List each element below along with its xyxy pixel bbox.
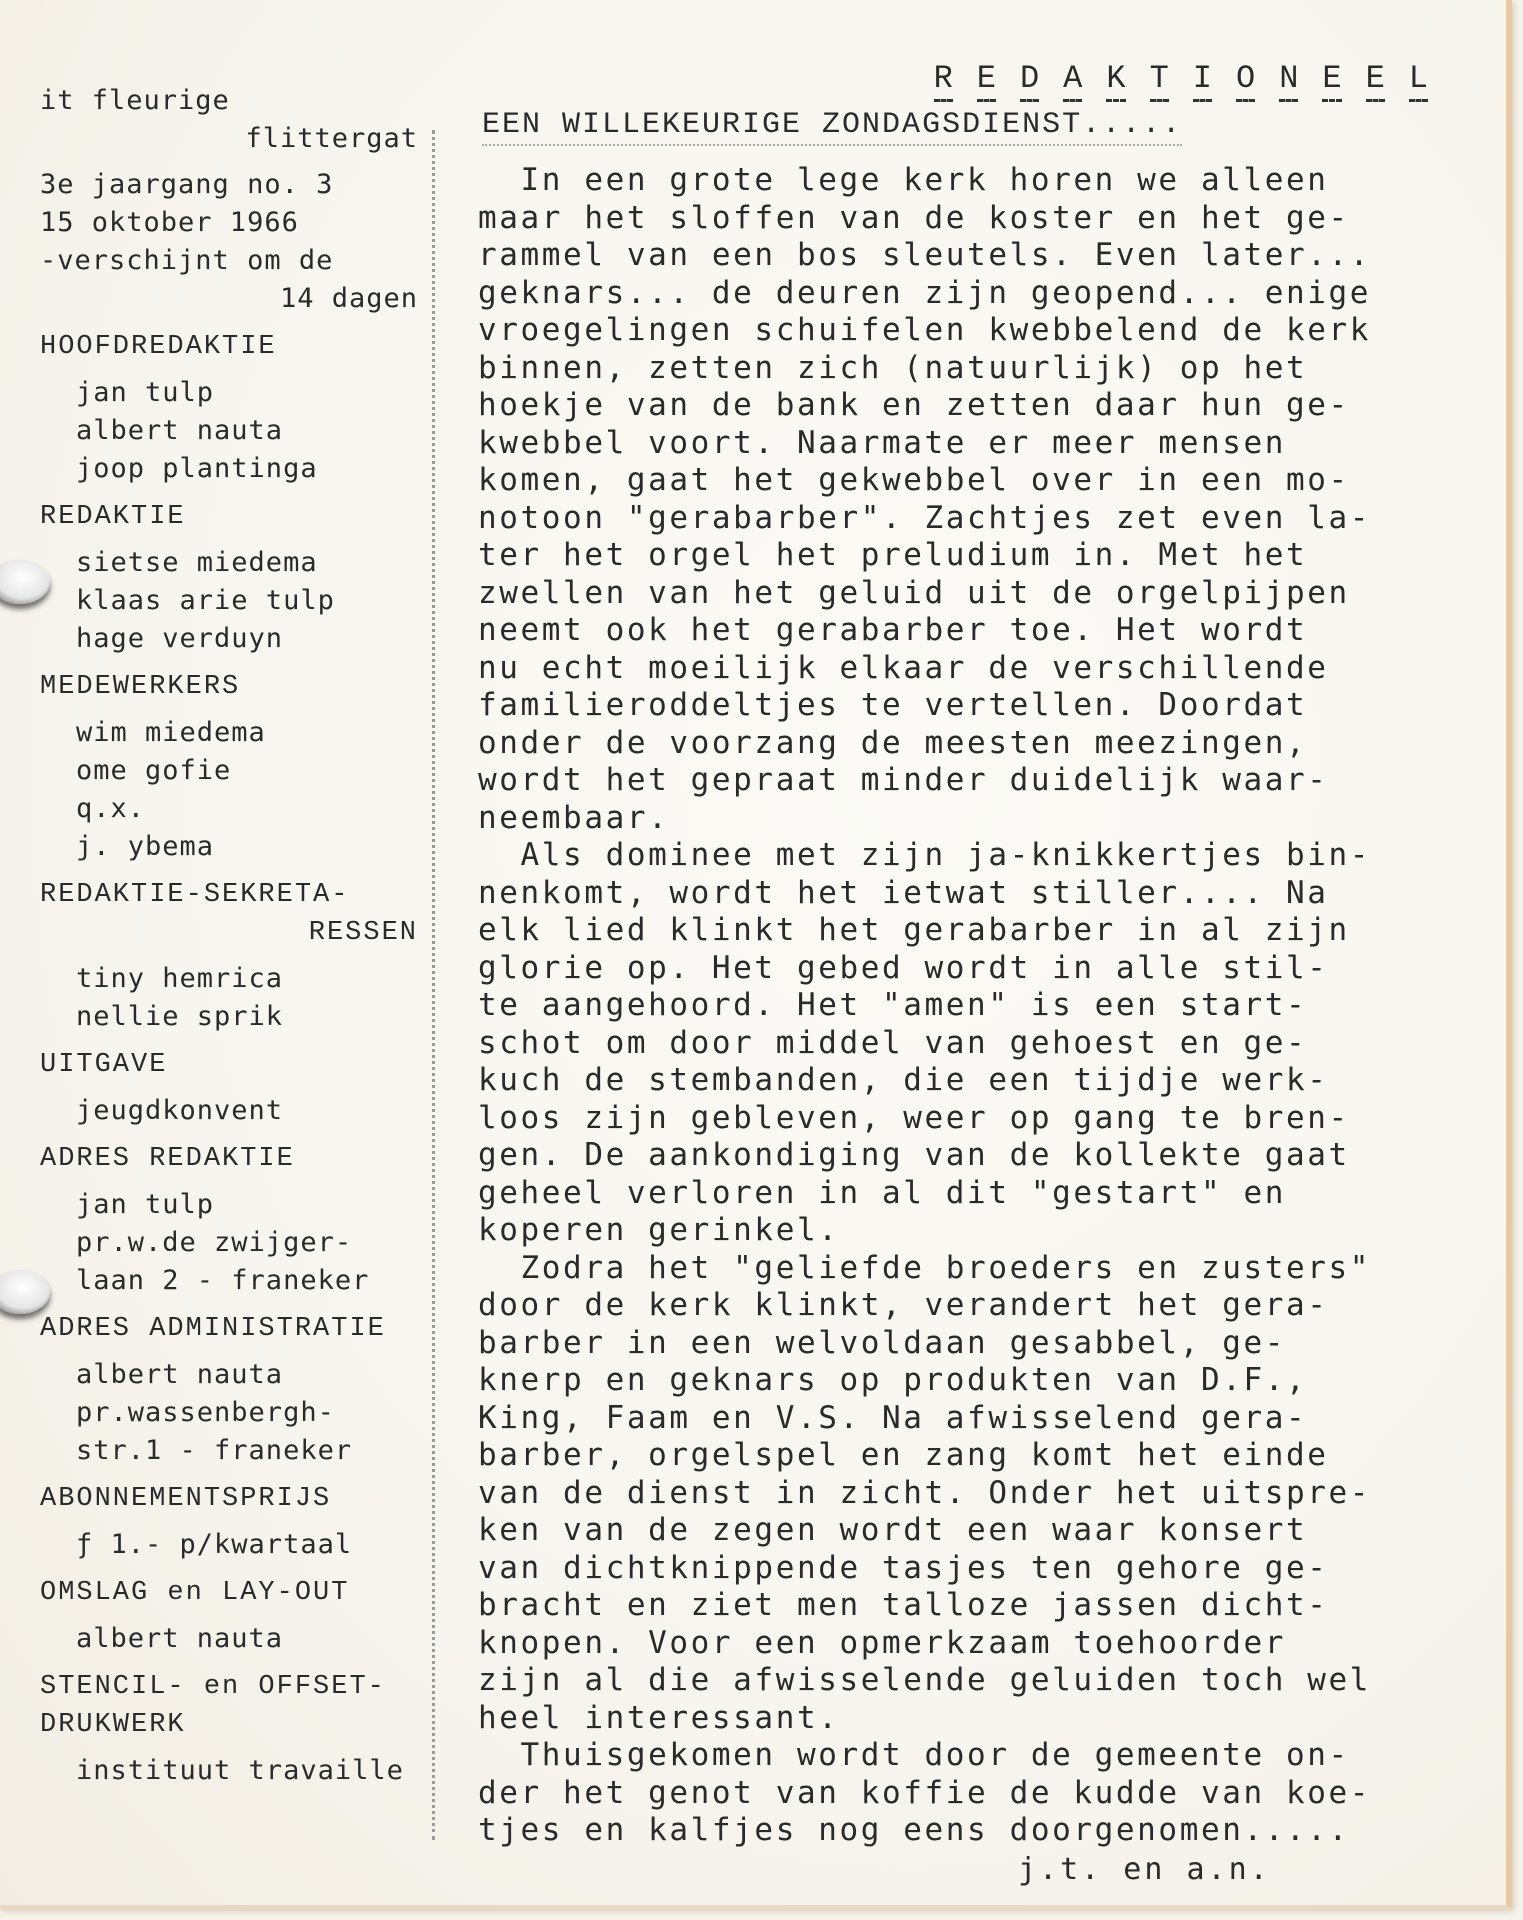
article-title: EEN WILLEKEURIGE ZONDAGSDIENST..... — [482, 108, 1182, 146]
colophon-heading: ADRES REDAKTIE — [40, 1140, 420, 1178]
article-line: komen, gaat het gekwebbel over in een mo… — [478, 462, 1458, 500]
issue-number: 3e jaargang no. 3 — [40, 166, 420, 204]
article-line: geheel verloren in al dit "gestart" en — [478, 1175, 1458, 1213]
colophon-heading: ADRES ADMINISTRATIE — [40, 1310, 420, 1348]
article-line: neemt ook het gerabarber toe. Het wordt — [478, 612, 1458, 650]
frequency-line2: 14 dagen — [40, 280, 420, 318]
colophon-entry: joop plantinga — [40, 450, 420, 488]
article-line: knopen. Voor een opmerkzaam toehoorder — [478, 1625, 1458, 1663]
masthead-title-line2: flittergat — [40, 120, 420, 158]
colophon-entry: jan tulp — [40, 1186, 420, 1224]
article-line: familieroddeltjes te vertellen. Doordat — [478, 687, 1458, 725]
section-title-letter: E — [1322, 60, 1341, 102]
article-line: binnen, zetten zich (natuurlijk) op het — [478, 350, 1458, 388]
colophon-section: REDAKTIE-SEKRETA-RESSENtiny hemricanelli… — [40, 876, 420, 1036]
section-title: REDAKTIONEEL — [478, 60, 1458, 102]
colophon-section: UITGAVEjeugdkonvent — [40, 1046, 420, 1130]
article-line: Als dominee met zijn ja-knikkertjes bin- — [478, 837, 1458, 875]
article-line: barber, orgelspel en zang komt het einde — [478, 1437, 1458, 1475]
article-line: te aangehoord. Het "amen" is een start- — [478, 987, 1458, 1025]
masthead-title-line1: it fleurige — [40, 82, 420, 120]
article-line: vroegelingen schuifelen kwebbelend de ke… — [478, 312, 1458, 350]
colophon-section: ADRES REDAKTIEjan tulppr.w.de zwijger-la… — [40, 1140, 420, 1300]
article-line: elk lied klinkt het gerabarber in al zij… — [478, 912, 1458, 950]
article-line: kwebbel voort. Naarmate er meer mensen — [478, 425, 1458, 463]
colophon-entry: laan 2 - franeker — [40, 1262, 420, 1300]
colophon-section: HOOFDREDAKTIEjan tulpalbert nautajoop pl… — [40, 328, 420, 488]
colophon-section: ADRES ADMINISTRATIEalbert nautapr.wassen… — [40, 1310, 420, 1470]
article-line: ken van de zegen wordt een waar konsert — [478, 1512, 1458, 1550]
section-title-letter: R — [934, 60, 953, 102]
colophon-entry: albert nauta — [40, 1356, 420, 1394]
colophon-entry: ƒ 1.- p/kwartaal — [40, 1526, 420, 1564]
issue-date: 15 oktober 1966 — [40, 204, 420, 242]
section-title-letter: T — [1150, 60, 1169, 102]
article-line: bracht en ziet men talloze jassen dicht- — [478, 1587, 1458, 1625]
article-signature: j.t. en a.n. — [478, 1852, 1458, 1887]
colophon-section: ABONNEMENTSPRIJSƒ 1.- p/kwartaal — [40, 1480, 420, 1564]
column-divider — [432, 130, 435, 1840]
section-title-letter: E — [1366, 60, 1385, 102]
article-line: In een grote lege kerk horen we alleen — [478, 162, 1458, 200]
article-line: gen. De aankondiging van de kollekte gaa… — [478, 1137, 1458, 1175]
colophon-heading: ABONNEMENTSPRIJS — [40, 1480, 420, 1518]
colophon-entry: wim miedema — [40, 714, 420, 752]
article-line: kuch de stembanden, die een tijdje werk- — [478, 1062, 1458, 1100]
article-line: der het genot van koffie de kudde van ko… — [478, 1775, 1458, 1813]
article-line: tjes en kalfjes nog eens doorgenomen....… — [478, 1812, 1458, 1850]
colophon-entry: albert nauta — [40, 412, 420, 450]
article-line: door de kerk klinkt, verandert het gera- — [478, 1287, 1458, 1325]
colophon-section: MEDEWERKERSwim miedemaome gofieq.x.j. yb… — [40, 668, 420, 866]
article-line: van dichtknippende tasjes ten gehore ge- — [478, 1550, 1458, 1588]
article-line: glorie op. Het gebed wordt in alle stil- — [478, 950, 1458, 988]
article-line: hoekje van de bank en zetten daar hun ge… — [478, 387, 1458, 425]
article-line: Zodra het "geliefde broeders en zusters" — [478, 1250, 1458, 1288]
section-title-letter: D — [1020, 60, 1039, 102]
colophon-heading: HOOFDREDAKTIE — [40, 328, 420, 366]
colophon-sidebar: it fleurige flittergat 3e jaargang no. 3… — [40, 82, 420, 1800]
frequency-line1: -verschijnt om de — [40, 242, 420, 280]
colophon-section: OMSLAG en LAY-OUTalbert nauta — [40, 1574, 420, 1658]
article-line: zwellen van het geluid uit de orgelpijpe… — [478, 575, 1458, 613]
colophon-entry: sietse miedema — [40, 544, 420, 582]
colophon-heading: REDAKTIE-SEKRETA- — [40, 876, 420, 914]
colophon-entry: ome gofie — [40, 752, 420, 790]
colophon-heading: DRUKWERK — [40, 1706, 420, 1744]
colophon-entry: q.x. — [40, 790, 420, 828]
article-line: schot om door middel van gehoest en ge- — [478, 1025, 1458, 1063]
colophon-heading: RESSEN — [40, 914, 420, 952]
colophon-entry: hage verduyn — [40, 620, 420, 658]
colophon-section: REDAKTIEsietse miedemaklaas arie tulphag… — [40, 498, 420, 658]
colophon-entry: klaas arie tulp — [40, 582, 420, 620]
colophon-heading: MEDEWERKERS — [40, 668, 420, 706]
article-line: rammel van een bos sleutels. Even later.… — [478, 237, 1458, 275]
article-body: In een grote lege kerk horen we alleenma… — [478, 162, 1458, 1850]
article-line: nenkomt, wordt het ietwat stiller.... Na — [478, 875, 1458, 913]
article-line: wordt het gepraat minder duidelijk waar- — [478, 762, 1458, 800]
masthead: it fleurige flittergat 3e jaargang no. 3… — [40, 82, 420, 318]
colophon-heading: UITGAVE — [40, 1046, 420, 1084]
colophon-entry: str.1 - franeker — [40, 1432, 420, 1470]
colophon-entry: j. ybema — [40, 828, 420, 866]
article-line: onder de voorzang de meesten meezingen, — [478, 725, 1458, 763]
article-line: geknars... de deuren zijn geopend... eni… — [478, 275, 1458, 313]
colophon-entry: jeugdkonvent — [40, 1092, 420, 1130]
article-line: maar het sloffen van de koster en het ge… — [478, 200, 1458, 238]
article-line: koperen gerinkel. — [478, 1212, 1458, 1250]
colophon-entry: albert nauta — [40, 1620, 420, 1658]
article-line: knerp en geknars op produkten van D.F., — [478, 1362, 1458, 1400]
section-title-letter: A — [1063, 60, 1082, 102]
article-line: loos zijn gebleven, weer op gang te bren… — [478, 1100, 1458, 1138]
article-line: van de dienst in zicht. Onder het uitspr… — [478, 1475, 1458, 1513]
colophon-section: STENCIL- en OFFSET-DRUKWERKinstituut tra… — [40, 1668, 420, 1790]
colophon-entry: nellie sprik — [40, 998, 420, 1036]
colophon-entry: pr.w.de zwijger- — [40, 1224, 420, 1262]
article-line: zijn al die afwisselende geluiden toch w… — [478, 1662, 1458, 1700]
section-title-letter: I — [1193, 60, 1212, 102]
colophon-entry: pr.wassenbergh- — [40, 1394, 420, 1432]
colophon-list: HOOFDREDAKTIEjan tulpalbert nautajoop pl… — [40, 328, 420, 1790]
colophon-heading: STENCIL- en OFFSET- — [40, 1668, 420, 1706]
newsletter-page: it fleurige flittergat 3e jaargang no. 3… — [0, 0, 1512, 1909]
colophon-entry: instituut travaille — [40, 1752, 420, 1790]
article-line: King, Faam en V.S. Na afwisselend gera- — [478, 1400, 1458, 1438]
section-title-letter: E — [977, 60, 996, 102]
article-line: notoon "gerabarber". Zachtjes zet even l… — [478, 500, 1458, 538]
article-line: nu echt moeilijk elkaar de verschillende — [478, 650, 1458, 688]
colophon-heading: OMSLAG en LAY-OUT — [40, 1574, 420, 1612]
colophon-entry: jan tulp — [40, 374, 420, 412]
article-line: barber in een welvoldaan gesabbel, ge- — [478, 1325, 1458, 1363]
section-title-letter: O — [1236, 60, 1255, 102]
article-column: REDAKTIONEEL EEN WILLEKEURIGE ZONDAGSDIE… — [478, 60, 1458, 1887]
article-line: ter het orgel het preludium in. Met het — [478, 537, 1458, 575]
colophon-entry: tiny hemrica — [40, 960, 420, 998]
section-title-letter: K — [1106, 60, 1125, 102]
article-line: heel interessant. — [478, 1700, 1458, 1738]
article-line: Thuisgekomen wordt door de gemeente on- — [478, 1737, 1458, 1775]
colophon-heading: REDAKTIE — [40, 498, 420, 536]
section-title-letter: L — [1409, 60, 1428, 102]
section-title-letter: N — [1279, 60, 1298, 102]
article-line: neembaar. — [478, 800, 1458, 838]
